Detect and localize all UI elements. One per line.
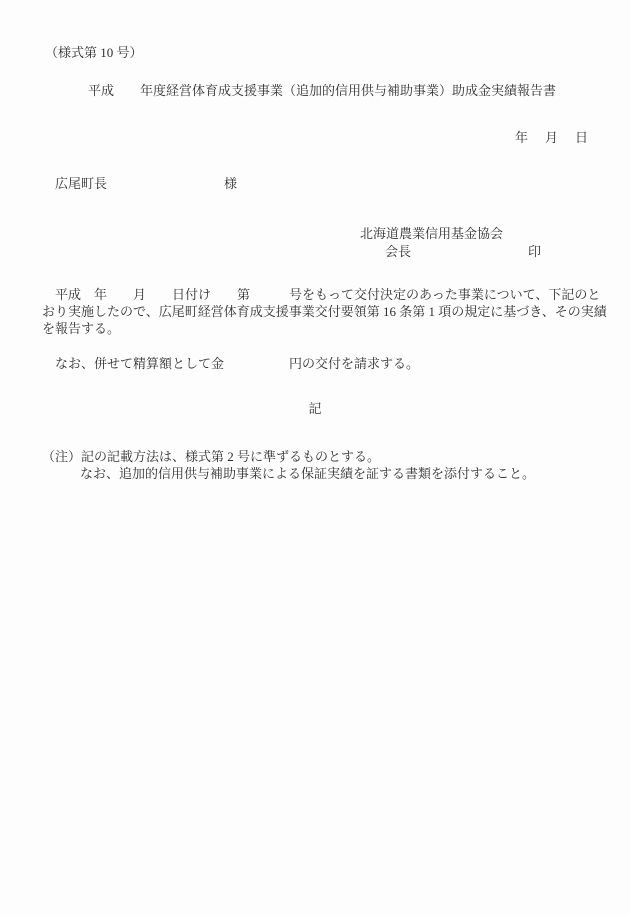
date-blank-line: 年 月 日 xyxy=(515,129,590,146)
document-page: （様式第 10 号） 平成 年度経営体育成支援事業（追加的信用供与補助事業）助成… xyxy=(0,0,630,915)
note-line-2: なお、追加的信用供与補助事業による保証実績を証する書類を添付すること。 xyxy=(80,465,535,482)
body-paragraph-line-1: 平成 年 月 日付け 第 号をもって交付決定のあった事業について、下記のと xyxy=(42,286,600,303)
note-line-1: （注）記の記載方法は、様式第 2 号に準ずるものとする。 xyxy=(42,448,380,465)
document-title: 平成 年度経営体育成支援事業（追加的信用供与補助事業）助成金実績報告書 xyxy=(88,82,556,99)
record-heading: 記 xyxy=(0,400,630,417)
body-paragraph-line-2: おり実施したので、広尾町経営体育成支援事業交付要領第 16 条第 1 項の規定に… xyxy=(42,303,607,320)
settlement-request-line: なお、併せて精算額として金 円の交付を請求する。 xyxy=(55,355,419,372)
addressee-line: 広尾町長 様 xyxy=(55,175,237,192)
sender-title-seal-line: 会長 印 xyxy=(385,243,541,260)
form-number: （様式第 10 号） xyxy=(45,44,143,61)
sender-organization: 北海道農業信用基金協会 xyxy=(360,225,503,242)
body-paragraph-line-3: を報告する。 xyxy=(42,320,120,337)
